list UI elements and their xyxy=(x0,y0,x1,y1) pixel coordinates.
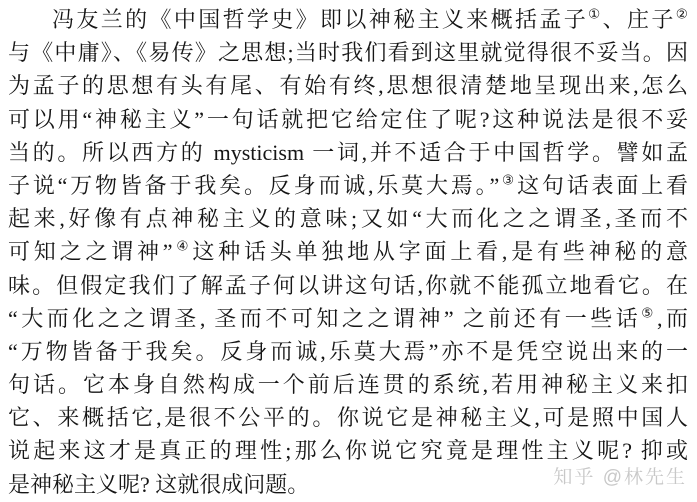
text-line: 是神秘主义呢? 这就很成问题。 xyxy=(8,468,688,501)
footnote-marker: ② xyxy=(676,7,688,22)
text-line: 起来,好像有点神秘主义的意味;又如“大而化之之谓圣,圣而不 xyxy=(8,202,688,235)
footnote-marker: ④ xyxy=(173,239,193,254)
footnote-marker: ③ xyxy=(499,173,517,188)
text-line: “大而化之之谓圣, 圣而不可知之之谓神” 之前还有一些话⑤,而 xyxy=(8,302,688,335)
text-line: 与《中庸》、《易传》之思想;当时我们看到这里就觉得很不妥当。因 xyxy=(8,36,688,69)
text-line: 子说“万物皆备于我矣。反身而诚,乐莫大焉。”③这句话表面上看 xyxy=(8,169,688,202)
text-line: 当的。所以西方的 mysticism 一词,并不适合于中国哲学。譬如孟 xyxy=(8,136,688,169)
text-line: 为孟子的思想有头有尾、有始有终,思想很清楚地呈现出来,怎么 xyxy=(8,69,688,102)
text-line: 冯友兰的《中国哲学史》即以神秘主义来概括孟子①、庄子② xyxy=(8,3,688,36)
text-line: 句话。它本身自然构成一个前后连贯的系统,若用神秘主义来扣 xyxy=(8,368,688,401)
document-page: 冯友兰的《中国哲学史》即以神秘主义来概括孟子①、庄子②与《中庸》、《易传》之思想… xyxy=(0,0,697,502)
text-line: “万物皆备于我矣。反身而诚,乐莫大焉”亦不是凭空说出来的一 xyxy=(8,335,688,368)
text-line: 它、来概括它,是很不公平的。你说它是神秘主义,可是照中国人 xyxy=(8,401,688,434)
footnote-marker: ① xyxy=(588,7,603,22)
text-line: 说起来这才是真正的理性;那么你说它究竟是理性主义呢? 抑或 xyxy=(8,434,688,467)
text-line: 味。但假定我们了解孟子何以讲这句话,你就不能孤立地看它。在 xyxy=(8,269,688,302)
footnote-marker: ⑤ xyxy=(641,305,657,320)
article-text: 冯友兰的《中国哲学史》即以神秘主义来概括孟子①、庄子②与《中庸》、《易传》之思想… xyxy=(8,3,688,501)
text-line: 可知之之谓神”④这种话头单独地从字面上看,是有些神秘的意 xyxy=(8,235,688,268)
text-line: 可以用“神秘主义”一句话就把它给定住了呢?这种说法是很不妥 xyxy=(8,103,688,136)
